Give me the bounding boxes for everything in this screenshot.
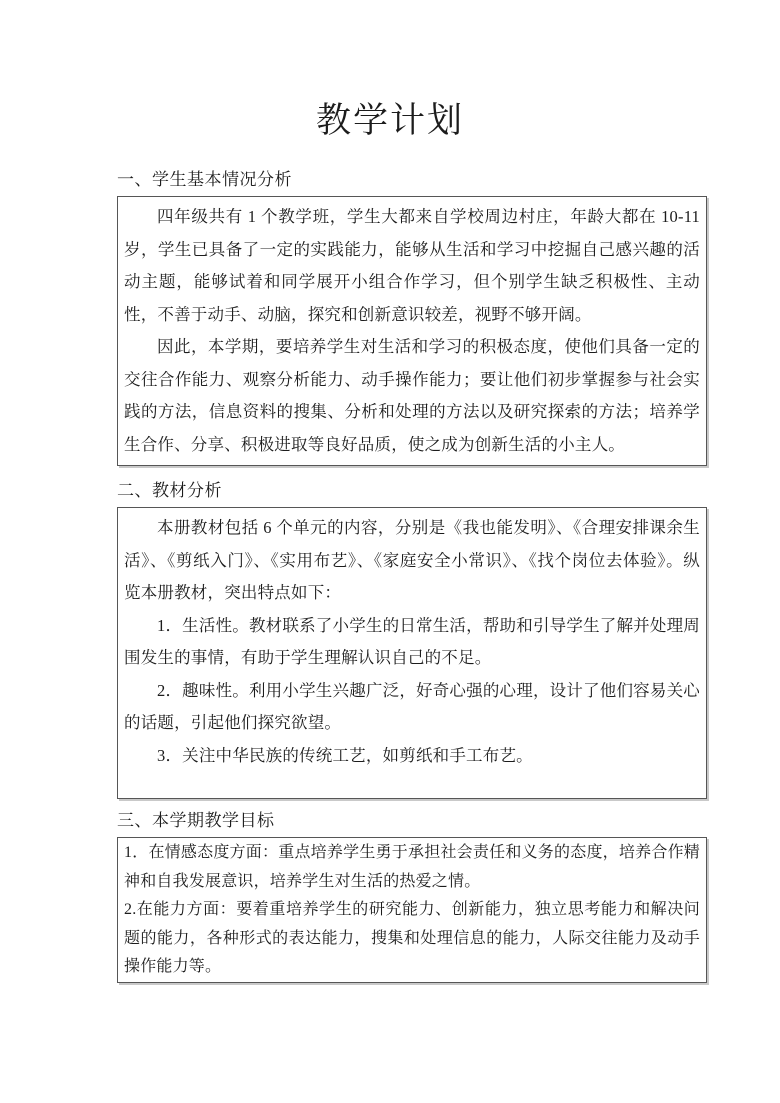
paragraph-semester-intent: 因此，本学期，要培养学生对生活和学习的积极态度，使他们具备一定的交往合作能力、观…	[124, 331, 700, 461]
section-box-teaching-goals: 1．在情感态度方面：重点培养学生勇于承担社会责任和义务的态度，培养合作精神和自我…	[117, 837, 707, 983]
paragraph-goal-affective: 1．在情感态度方面：重点培养学生勇于承担社会责任和义务的态度，培养合作精神和自我…	[124, 839, 700, 896]
section-box-student-analysis: 四年级共有 1 个教学班，学生大都来自学校周边村庄，年龄大都在 10-11 岁，…	[117, 196, 707, 466]
paragraph-feature-interest: 2．趣味性。利用小学生兴趣广泛，好奇心强的心理，设计了他们容易关心的话题，引起他…	[124, 675, 700, 740]
paragraph-feature-tradition: 3．关注中华民族的传统工艺，如剪纸和手工布艺。	[124, 740, 700, 773]
section-heading-teaching-goals: 三、本学期教学目标	[117, 809, 707, 833]
section-textbook-analysis: 二、教材分析 本册教材包括 6 个单元的内容，分别是《我也能发明》、《合理安排课…	[117, 479, 707, 799]
document-content: 一、学生基本情况分析 四年级共有 1 个教学班，学生大都来自学校周边村庄，年龄大…	[117, 168, 707, 983]
section-heading-textbook-analysis: 二、教材分析	[117, 479, 707, 503]
paragraph-goal-ability: 2.在能力方面：要着重培养学生的研究能力、创新能力，独立思考能力和解决问题的能力…	[124, 896, 700, 982]
section-box-textbook-analysis: 本册教材包括 6 个单元的内容，分别是《我也能发明》、《合理安排课余生活》、《剪…	[117, 507, 707, 799]
paragraph-textbook-units: 本册教材包括 6 个单元的内容，分别是《我也能发明》、《合理安排课余生活》、《剪…	[124, 512, 700, 610]
paragraph-feature-life: 1．生活性。教材联系了小学生的日常生活，帮助和引导学生了解并处理周围发生的事情，…	[124, 610, 700, 675]
paragraph-student-overview: 四年级共有 1 个教学班，学生大都来自学校周边村庄，年龄大都在 10-11 岁，…	[124, 201, 700, 331]
document-page: 教学计划 一、学生基本情况分析 四年级共有 1 个教学班，学生大都来自学校周边村…	[0, 0, 780, 1103]
section-student-analysis: 一、学生基本情况分析 四年级共有 1 个教学班，学生大都来自学校周边村庄，年龄大…	[117, 168, 707, 466]
document-title: 教学计划	[0, 96, 780, 145]
section-teaching-goals: 三、本学期教学目标 1．在情感态度方面：重点培养学生勇于承担社会责任和义务的态度…	[117, 809, 707, 983]
section-heading-student-analysis: 一、学生基本情况分析	[117, 168, 707, 192]
